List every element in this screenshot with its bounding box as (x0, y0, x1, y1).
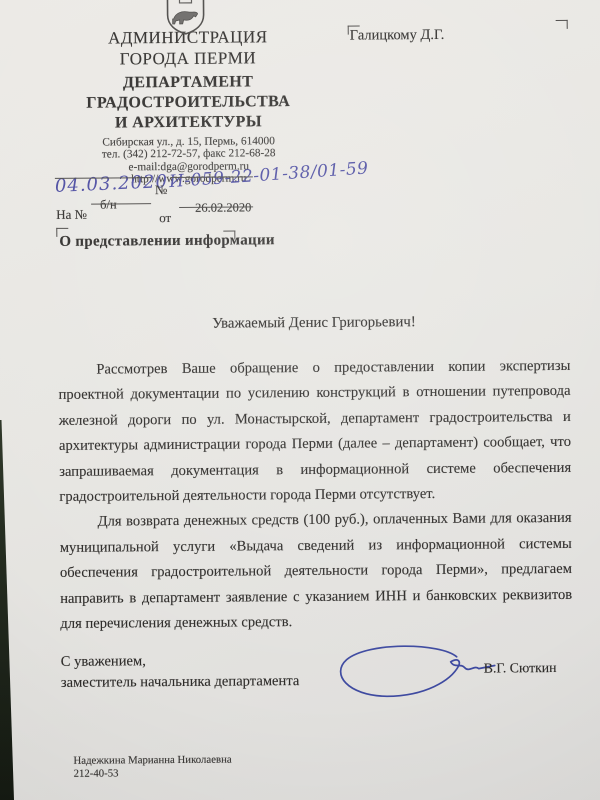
body-paragraph-2: Для возврата денежных средств (100 руб.)… (59, 506, 572, 637)
subject-line: О представлении информации (59, 232, 275, 251)
letterhead: АДМИНИСТРАЦИЯ ГОРОДА ПЕРМИ ДЕПАРТАМЕНТ Г… (35, 0, 340, 186)
closing-block: С уважением, заместитель начальника депа… (61, 650, 300, 694)
corner-mark-recipient-right (556, 20, 568, 29)
reply-number-value: б/н (100, 197, 117, 212)
perm-coat-of-arms-icon (163, 0, 207, 35)
dept-line2: ГРАДОСТРОИТЕЛЬСТВА (36, 92, 340, 114)
signature-scribble-icon (329, 638, 501, 703)
reply-date-value: 26.02.2020 (195, 200, 251, 215)
salutation: Уважаемый Денис Григорьевич! (58, 313, 570, 334)
letter-body: Рассмотрев Ваше обращение о предоставлен… (58, 354, 572, 637)
body-paragraph-1: Рассмотрев Ваше обращение о предоставлен… (58, 354, 571, 510)
scanned-letter: АДМИНИСТРАЦИЯ ГОРОДА ПЕРМИ ДЕПАРТАМЕНТ Г… (0, 0, 600, 800)
department-name: ДЕПАРТАМЕНТ ГРАДОСТРОИТЕЛЬСТВА И АРХИТЕК… (36, 72, 340, 134)
signer-position: заместитель начальника департамента (61, 671, 300, 694)
dept-line3: И АРХИТЕКТУРЫ (36, 112, 340, 134)
closing-regards: С уважением, (61, 650, 300, 673)
executor-name: Надежкина Марианна Николаевна (73, 754, 231, 768)
executor-phone: 212-40-53 (74, 766, 232, 780)
number-sign: № (155, 182, 168, 198)
recipient-name: Галицкому Д.Г. (350, 27, 445, 45)
org-line2: ГОРОДА ПЕРМИ (36, 47, 340, 70)
executor-block: Надежкина Марианна Николаевна 212-40-53 (73, 754, 231, 780)
reply-number-label: На № (56, 207, 87, 223)
reply-number-underline (91, 203, 151, 204)
handwritten-date: 04.03.2020 (55, 171, 169, 197)
dept-line1: ДЕПАРТАМЕНТ (36, 72, 340, 94)
corner-mark-subject-right (223, 231, 235, 240)
signer-name: В.Г. Сюткин (484, 660, 557, 677)
reply-date-label: от (159, 210, 171, 226)
